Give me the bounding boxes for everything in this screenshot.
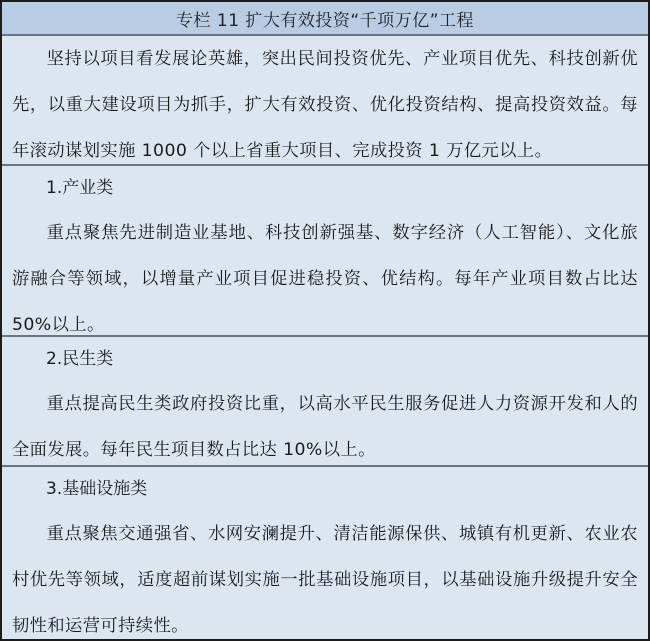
section-heading-livelihood: 2.民生类 [12,337,638,381]
section-heading-infrastructure: 3.基础设施类 [12,467,638,511]
section-body-livelihood: 重点提高民生类政府投资比重，以高水平民生服务促进人力资源开发和人的全面发展。每年… [12,381,638,473]
section-body-industry: 重点聚焦先进制造业基地、科技创新强基、数字经济（人工智能）、文化旅游融合等领域，… [12,210,638,348]
section-industry: 1.产业类 重点聚焦先进制造业基地、科技创新强基、数字经济（人工智能）、文化旅游… [2,166,648,337]
box-title: 专栏 11 扩大有效投资“千项万亿”工程 [2,2,648,36]
section-infrastructure: 3.基础设施类 重点聚焦交通强省、水网安澜提升、清洁能源保供、城镇有机更新、农业… [2,467,648,639]
feature-box: 专栏 11 扩大有效投资“千项万亿”工程 坚持以项目看发展论英雄，突出民间投资优… [0,0,650,641]
intro-paragraph: 坚持以项目看发展论英雄，突出民间投资优先、产业项目优先、科技创新优先，以重大建设… [12,36,638,174]
intro-section: 坚持以项目看发展论英雄，突出民间投资优先、产业项目优先、科技创新优先，以重大建设… [2,36,648,166]
section-livelihood: 2.民生类 重点提高民生类政府投资比重，以高水平民生服务促进人力资源开发和人的全… [2,337,648,467]
section-body-infrastructure: 重点聚焦交通强省、水网安澜提升、清洁能源保供、城镇有机更新、农业农村优先等领域，… [12,511,638,641]
